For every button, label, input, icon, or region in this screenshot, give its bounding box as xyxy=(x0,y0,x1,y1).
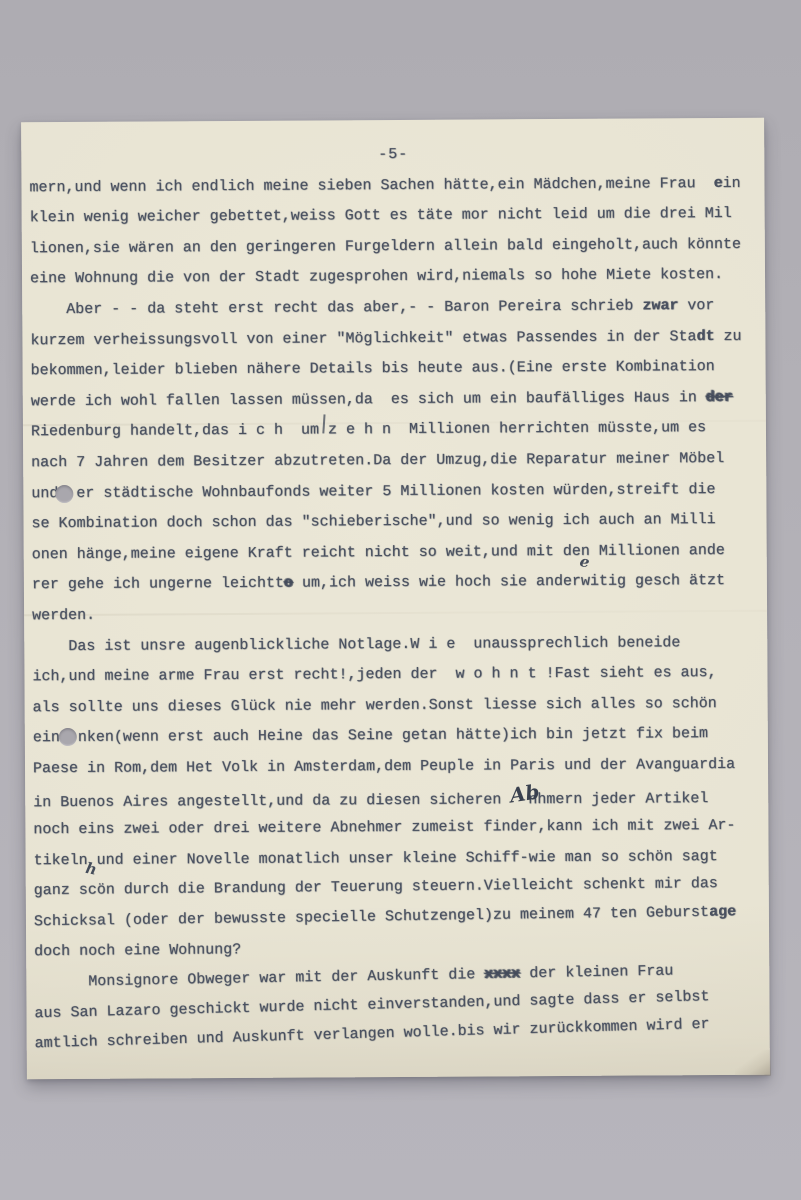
page-number: -5- xyxy=(29,138,757,173)
text-segment: dt xyxy=(696,328,714,345)
text-line: werden. xyxy=(32,597,760,632)
text-line: bekommen,leider blieben nähere Details b… xyxy=(31,352,759,387)
text-segment: werden. xyxy=(32,607,95,624)
text-segment: onen hänge,meine eigene Kraft reicht nic… xyxy=(32,542,725,563)
text-segment: bekommen,leider blieben nähere Details b… xyxy=(31,358,715,379)
struck-text: der xyxy=(706,389,733,406)
text-segment: doch noch eine Wohnung? xyxy=(34,942,241,961)
text-segment: nhmern jeder Artikel xyxy=(528,791,708,809)
letter-page: -5-mern,und wenn ich endlich meine siebe… xyxy=(21,118,770,1080)
text-line: se Kombination doch schon das "schieberi… xyxy=(31,505,759,540)
text-segment: e xyxy=(714,175,723,192)
text-line: Aber - - da steht erst recht das aber,- … xyxy=(30,291,758,326)
text-line: onen hänge,meine eigene Kraft reicht nic… xyxy=(32,535,760,570)
text-segment: mern,und wenn ich endlich meine sieben S… xyxy=(29,175,713,196)
text-line: rer gehe ich ungerne leichtto um,ich wei… xyxy=(32,566,760,601)
text-line: kurzem verheissungsvoll von einer "Mögli… xyxy=(30,321,758,356)
text-segment: in xyxy=(723,174,741,191)
text-segment: Aber - - da steht erst recht das aber,- … xyxy=(30,297,642,318)
text-line: nach 7 Jahren dem Besitzer abzutreten.Da… xyxy=(31,444,759,479)
text-segment: der kleinen Frau xyxy=(520,963,673,983)
text-line: Riedenburg handelt,das i c h um z e h n … xyxy=(31,413,759,448)
text-segment: ein nken(wenn erst auch Heine das Seine … xyxy=(33,725,708,746)
text-line: ein nken(wenn erst auch Heine das Seine … xyxy=(33,719,761,754)
text-segment: und er städtische Wohnbaufonds weiter 5 … xyxy=(31,481,715,502)
text-segment: eine Wohnung die von der Stadt zugesproh… xyxy=(30,266,723,287)
letter-body: -5-mern,und wenn ich endlich meine siebe… xyxy=(29,138,763,1060)
text-line: Paese in Rom,dem Het Volk in Amsterdam,d… xyxy=(33,750,761,785)
text-segment: zu xyxy=(714,327,741,344)
text-line: in Buenos Aires angestellt,und da zu die… xyxy=(33,780,761,815)
text-segment: in Buenos Aires angestellt,und da zu die… xyxy=(33,792,510,812)
punch-hole xyxy=(55,485,73,503)
text-line: eine Wohnung die von der Stadt zugesproh… xyxy=(30,260,758,295)
text-segment: klein wenig weicher gebettet,weiss Gott … xyxy=(30,205,732,226)
text-segment: um,ich weiss wie hoch sie anderwitig ges… xyxy=(293,572,725,592)
text-line: noch eins zwei oder drei weitere Abnehme… xyxy=(33,811,761,846)
text-segment: Riedenburg handelt,das i c h um z e h n … xyxy=(31,419,706,440)
text-segment: Das ist unsre augenblickliche Notlage.W … xyxy=(32,634,680,655)
text-segment: kurzem verheissungsvoll von einer "Mögli… xyxy=(30,328,696,349)
text-segment: age xyxy=(709,903,736,920)
corner-fold xyxy=(735,1050,771,1076)
text-line: und er städtische Wohnbaufonds weiter 5 … xyxy=(31,474,759,509)
text-segment: werde ich wohl fallen lassen müssen,da e… xyxy=(31,389,706,410)
text-segment: als sollte uns dieses Glück nie mehr wer… xyxy=(33,695,717,716)
text-line: mern,und wenn ich endlich meine sieben S… xyxy=(29,168,757,203)
text-segment: se Kombination doch schon das "schieberi… xyxy=(31,511,715,532)
text-segment: noch eins zwei oder drei weitere Abnehme… xyxy=(33,817,735,838)
struck-text: xxxx xyxy=(484,965,520,983)
text-segment: ich,und meine arme Frau erst recht!,jede… xyxy=(32,664,716,685)
text-segment: tikeln und einer Novelle monatlich unser… xyxy=(34,848,718,869)
text-segment: -5- xyxy=(378,146,408,163)
text-segment: rer gehe ich ungerne leichtt xyxy=(32,575,284,594)
text-line: Das ist unsre augenblickliche Notlage.W … xyxy=(32,627,760,662)
struck-text: o xyxy=(284,575,293,592)
text-segment: Monsignore Obweger war mit der Auskunft … xyxy=(34,966,484,991)
handwritten-correction: Ab xyxy=(508,779,530,812)
text-segment: zwar xyxy=(642,297,678,314)
text-segment: ganz scön durch die Brandung der Teuerun… xyxy=(34,875,718,899)
text-segment: lionen,sie wären an den geringeren Furge… xyxy=(30,236,741,257)
text-line: ich,und meine arme Frau erst recht!,jede… xyxy=(32,658,760,693)
text-line: lionen,sie wären an den geringeren Furge… xyxy=(30,230,758,265)
text-segment: Schicksal (oder der bewusste specielle S… xyxy=(34,904,709,930)
text-segment: vor xyxy=(678,297,714,314)
punch-hole xyxy=(59,728,77,746)
text-line: als sollte uns dieses Glück nie mehr wer… xyxy=(33,688,761,723)
text-line: werde ich wohl fallen lassen müssen,da e… xyxy=(31,383,759,418)
text-segment: Paese in Rom,dem Het Volk in Amsterdam,d… xyxy=(33,756,735,777)
text-segment: nach 7 Jahren dem Besitzer abzutreten.Da… xyxy=(31,450,724,471)
photo-background: -5-mern,und wenn ich endlich meine siebe… xyxy=(0,0,801,1200)
text-line: klein wenig weicher gebettet,weiss Gott … xyxy=(30,199,758,234)
